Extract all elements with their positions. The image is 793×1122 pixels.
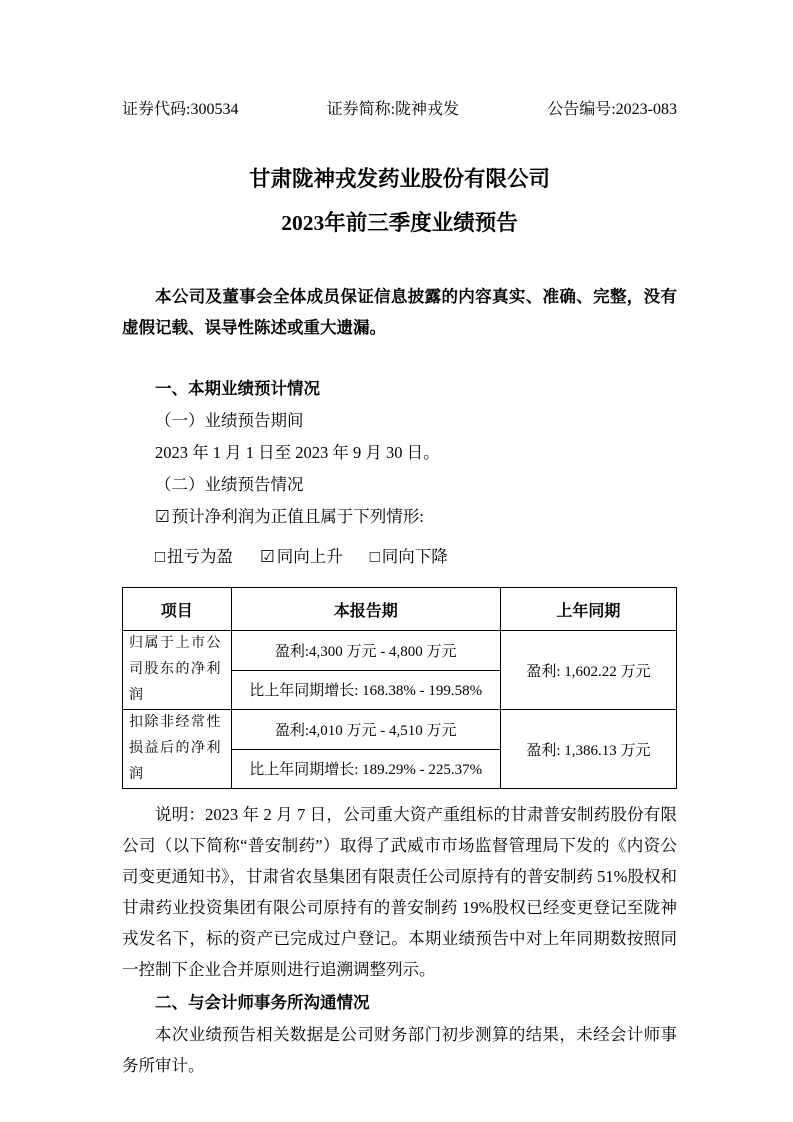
company-title: 甘肃陇神戎发药业股份有限公司 <box>122 166 677 192</box>
table-row: 归属于上市公司股东的净利润 盈利:4,300 万元 - 4,800 万元 盈利:… <box>123 631 677 671</box>
declaration-paragraph: 本公司及董事会全体成员保证信息披露的内容真实、准确、完整，没有虚假记载、误导性陈… <box>122 281 677 343</box>
checkbox-unchecked-icon: □ <box>155 547 165 566</box>
option-same-direction-down: □同向下降 <box>370 547 448 566</box>
section2-heading: 二、与会计师事务所沟通情况 <box>122 987 677 1019</box>
option-same-direction-up: ☑同向上升 <box>260 547 343 566</box>
announcement-number: 公告编号:2023-083 <box>547 100 677 120</box>
forecast-options-line: □扭亏为盈☑同向上升□同向下降 <box>122 541 677 573</box>
section2-body-paragraph: 本次业绩预告相关数据是公司财务部门初步测算的结果，未经会计师事务所审计。 <box>122 1019 677 1081</box>
row2-item-label: 扣除非经常性损益后的净利润 <box>123 710 232 789</box>
row2-current-growth-cell: 比上年同期增长: 189.29% - 225.37% <box>231 749 500 789</box>
notes-paragraph: 说明：2023 年 2 月 7 日，公司重大资产重组标的甘肃普安制药股份有限公司… <box>122 799 677 985</box>
forecast-condition-line: ☑预计净利润为正值且属于下列情形: <box>122 501 677 533</box>
option-turn-loss-to-profit: □扭亏为盈 <box>155 547 233 566</box>
row2-prior-profit-cell: 盈利: 1,386.13 万元 <box>500 710 676 789</box>
row1-current-growth-cell: 比上年同期增长: 168.38% - 199.58% <box>231 670 500 710</box>
col-header-current-period: 本报告期 <box>231 588 500 631</box>
forecast-table: 项目 本报告期 上年同期 归属于上市公司股东的净利润 盈利:4,300 万元 -… <box>122 587 677 789</box>
document-page: 证券代码:300534 证券简称:陇神戎发 公告编号:2023-083 甘肃陇神… <box>0 0 793 1122</box>
col-header-prior-period: 上年同期 <box>500 588 676 631</box>
section1-sub2-heading: （二）业绩预告情况 <box>122 469 677 501</box>
option-label: 同向下降 <box>382 547 448 566</box>
table-header-row: 项目 本报告期 上年同期 <box>123 588 677 631</box>
col-header-item: 项目 <box>123 588 232 631</box>
option-label: 同向上升 <box>277 547 343 566</box>
forecast-condition-label: 预计净利润为正值且属于下列情形: <box>172 507 424 526</box>
row1-current-profit-cell: 盈利:4,300 万元 - 4,800 万元 <box>231 631 500 671</box>
row2-current-profit-cell: 盈利:4,010 万元 - 4,510 万元 <box>231 710 500 750</box>
row1-item-label: 归属于上市公司股东的净利润 <box>123 631 232 710</box>
stock-code: 证券代码:300534 <box>122 100 238 120</box>
report-title: 2023年前三季度业绩预告 <box>122 210 677 236</box>
section1-sub1-heading: （一）业绩预告期间 <box>122 405 677 437</box>
stock-short-name: 证券简称:陇神戎发 <box>327 100 459 120</box>
row1-prior-profit-cell: 盈利: 1,602.22 万元 <box>500 631 676 710</box>
option-label: 扭亏为盈 <box>167 547 233 566</box>
checkbox-checked-icon: ☑ <box>260 547 275 566</box>
table-row: 扣除非经常性损益后的净利润 盈利:4,010 万元 - 4,510 万元 盈利:… <box>123 710 677 750</box>
forecast-period-text: 2023 年 1 月 1 日至 2023 年 9 月 30 日。 <box>122 437 677 469</box>
document-meta-row: 证券代码:300534 证券简称:陇神戎发 公告编号:2023-083 <box>122 100 677 120</box>
checkbox-checked-icon: ☑ <box>155 507 170 526</box>
checkbox-unchecked-icon: □ <box>370 547 380 566</box>
section1-heading: 一、本期业绩预计情况 <box>122 373 677 405</box>
